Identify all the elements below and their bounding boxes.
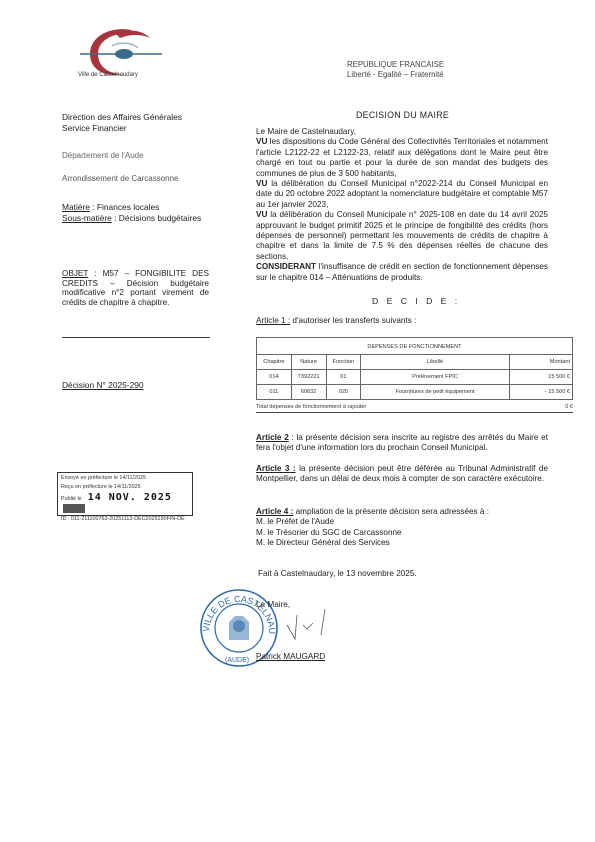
table-header-row: Chapitre Nature Fonction Libellé Montant (257, 355, 573, 370)
article-4: Article 4 : ampliation de la présente dé… (256, 507, 548, 549)
recipient: M. le Préfet de l'Aude (256, 517, 548, 527)
table-row: 011 60632 020 Fournitures de petit équip… (257, 385, 573, 400)
svg-text:(AUDE): (AUDE) (225, 657, 249, 664)
recipient: M. le Trésorier du SGC de Carcassonne (256, 528, 548, 538)
place-and-date: Fait à Castelnaudary, le 13 novembre 202… (258, 569, 417, 578)
column-header: Fonction (326, 355, 361, 370)
decision-number: Décision N° 2025-290 (62, 380, 144, 390)
column-header: Nature (291, 355, 326, 370)
matiere-label: Matière (62, 202, 90, 212)
table-total-row: Total dépenses de fonctionnement à rajou… (256, 404, 573, 413)
preamble-vu-3: VU la délibération du Conseil Municipale… (256, 210, 548, 262)
sous-matiere-value: : Décisions budgétaires (112, 213, 201, 223)
department: Département de l'Aude (62, 151, 144, 160)
object-statement: OBJET : M57 – FONGIBILITE DES CREDITS – … (62, 269, 209, 307)
column-header: Montant (509, 355, 572, 370)
signatory-name: Patrick MAUGARD (256, 652, 325, 661)
total-value: 0 € (565, 404, 573, 410)
sent-date: Envoyé en préfecture le 14/11/2025 (61, 474, 189, 483)
republic-title: REPUBLIQUE FRANCAISE (347, 60, 444, 70)
recipient: M. le Directeur Général des Services (256, 538, 548, 548)
preamble-intro: Le Maire de Castelnaudary, (256, 127, 548, 137)
preamble-vu-1: VU les dispositions du Code Général des … (256, 137, 548, 179)
subject-matter: Matière : Finances locales Sous-matière … (62, 202, 201, 223)
act-id: ID : 011-211100763-20251113-DEC2025290FI… (61, 515, 189, 524)
issuing-department: Direction des Affaires Générales Service… (62, 112, 182, 133)
column-header: Libellé (361, 355, 510, 370)
direction-name: Direction des Affaires Générales (62, 112, 182, 123)
prefecture-stamp: Envoyé en préfecture le 14/11/2025 Reçu … (57, 472, 193, 516)
published-date: 14 NOV. 2025 (88, 492, 172, 503)
stamp-mark-icon (63, 504, 85, 513)
separator-line (62, 337, 210, 338)
article-2: Article 2 : la présente décision sera in… (256, 433, 548, 454)
total-label: Total dépenses de fonctionnement à rajou… (256, 404, 366, 410)
republic-motto: Liberté - Egalité – Fraternité (347, 70, 444, 80)
transfers-table: DEPENSES DE FONCTIONNEMENT Chapitre Natu… (256, 337, 573, 400)
document-title: DECISION DU MAIRE (356, 110, 449, 120)
objet-label: OBJET (62, 269, 88, 278)
preamble-considerant: CONSIDERANT l'insuffisance de crédit en … (256, 262, 548, 283)
sous-matiere-label: Sous-matière (62, 213, 112, 223)
preamble-vu-2: VU la délibération du Conseil Municipal … (256, 179, 548, 210)
table-row: 014 7392221 01 Prélèvement FPIC 15 500 € (257, 370, 573, 385)
service-name: Service Financier (62, 123, 182, 134)
signature-icon (285, 605, 345, 650)
matiere-value: : Finances locales (90, 202, 159, 212)
article-3: Article 3 : la présente décision peut êt… (256, 464, 548, 485)
published-line: Publié le 14 NOV. 2025 (61, 493, 189, 515)
arrondissement: Arrondissement de Carcassonne (62, 174, 179, 183)
republic-header: REPUBLIQUE FRANCAISE Liberté - Egalité –… (347, 60, 444, 80)
article-1: Article 1 : d'autoriser les transferts s… (256, 316, 416, 325)
logo-caption: Ville de Castelnaudary (78, 72, 138, 78)
decide-heading: D E C I D E : (372, 296, 460, 306)
column-header: Chapitre (257, 355, 292, 370)
preamble: Le Maire de Castelnaudary, VU les dispos… (256, 127, 548, 283)
table-section-title: DEPENSES DE FONCTIONNEMENT (257, 338, 573, 355)
